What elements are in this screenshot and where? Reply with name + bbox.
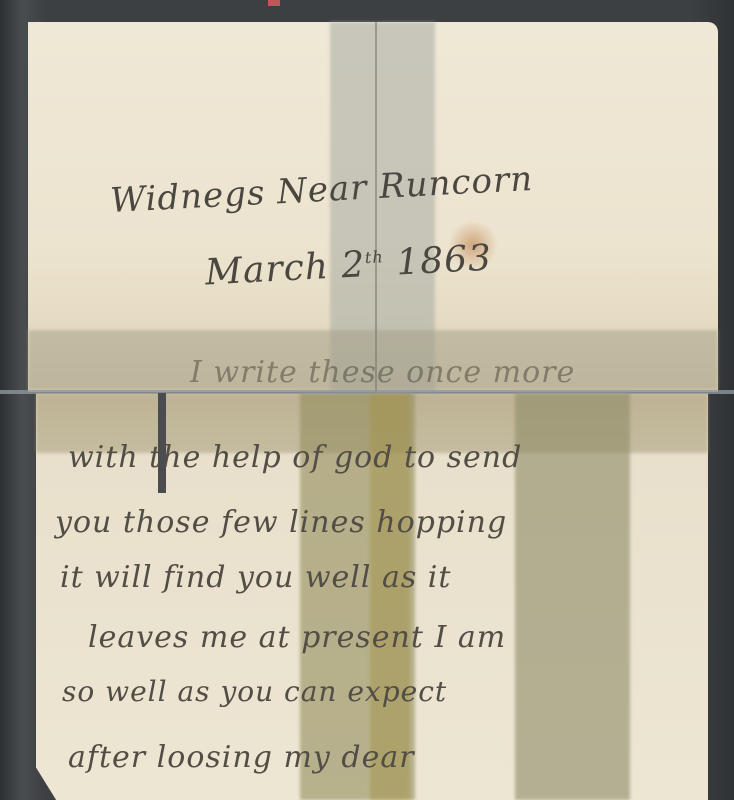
- body-line: you those few lines hopping: [55, 505, 507, 540]
- letter-date-day: 2: [340, 244, 366, 286]
- letter-date-year: 1863: [395, 238, 493, 284]
- body-line: so well as you can expect: [62, 675, 447, 708]
- background-red-mark: [268, 0, 280, 6]
- letter-date-month: March: [204, 246, 330, 293]
- letter-date-suffix: th: [364, 247, 384, 267]
- body-line: I write these once more: [190, 355, 575, 390]
- horizontal-fold-line: [0, 390, 734, 394]
- body-line: it will find you well as it: [60, 560, 451, 595]
- body-line: with the help of god to send: [68, 440, 522, 475]
- body-line: leaves me at present I am: [88, 620, 506, 655]
- body-line: after loosing my dear: [68, 740, 415, 775]
- tape-stain-vertical-right: [515, 393, 630, 800]
